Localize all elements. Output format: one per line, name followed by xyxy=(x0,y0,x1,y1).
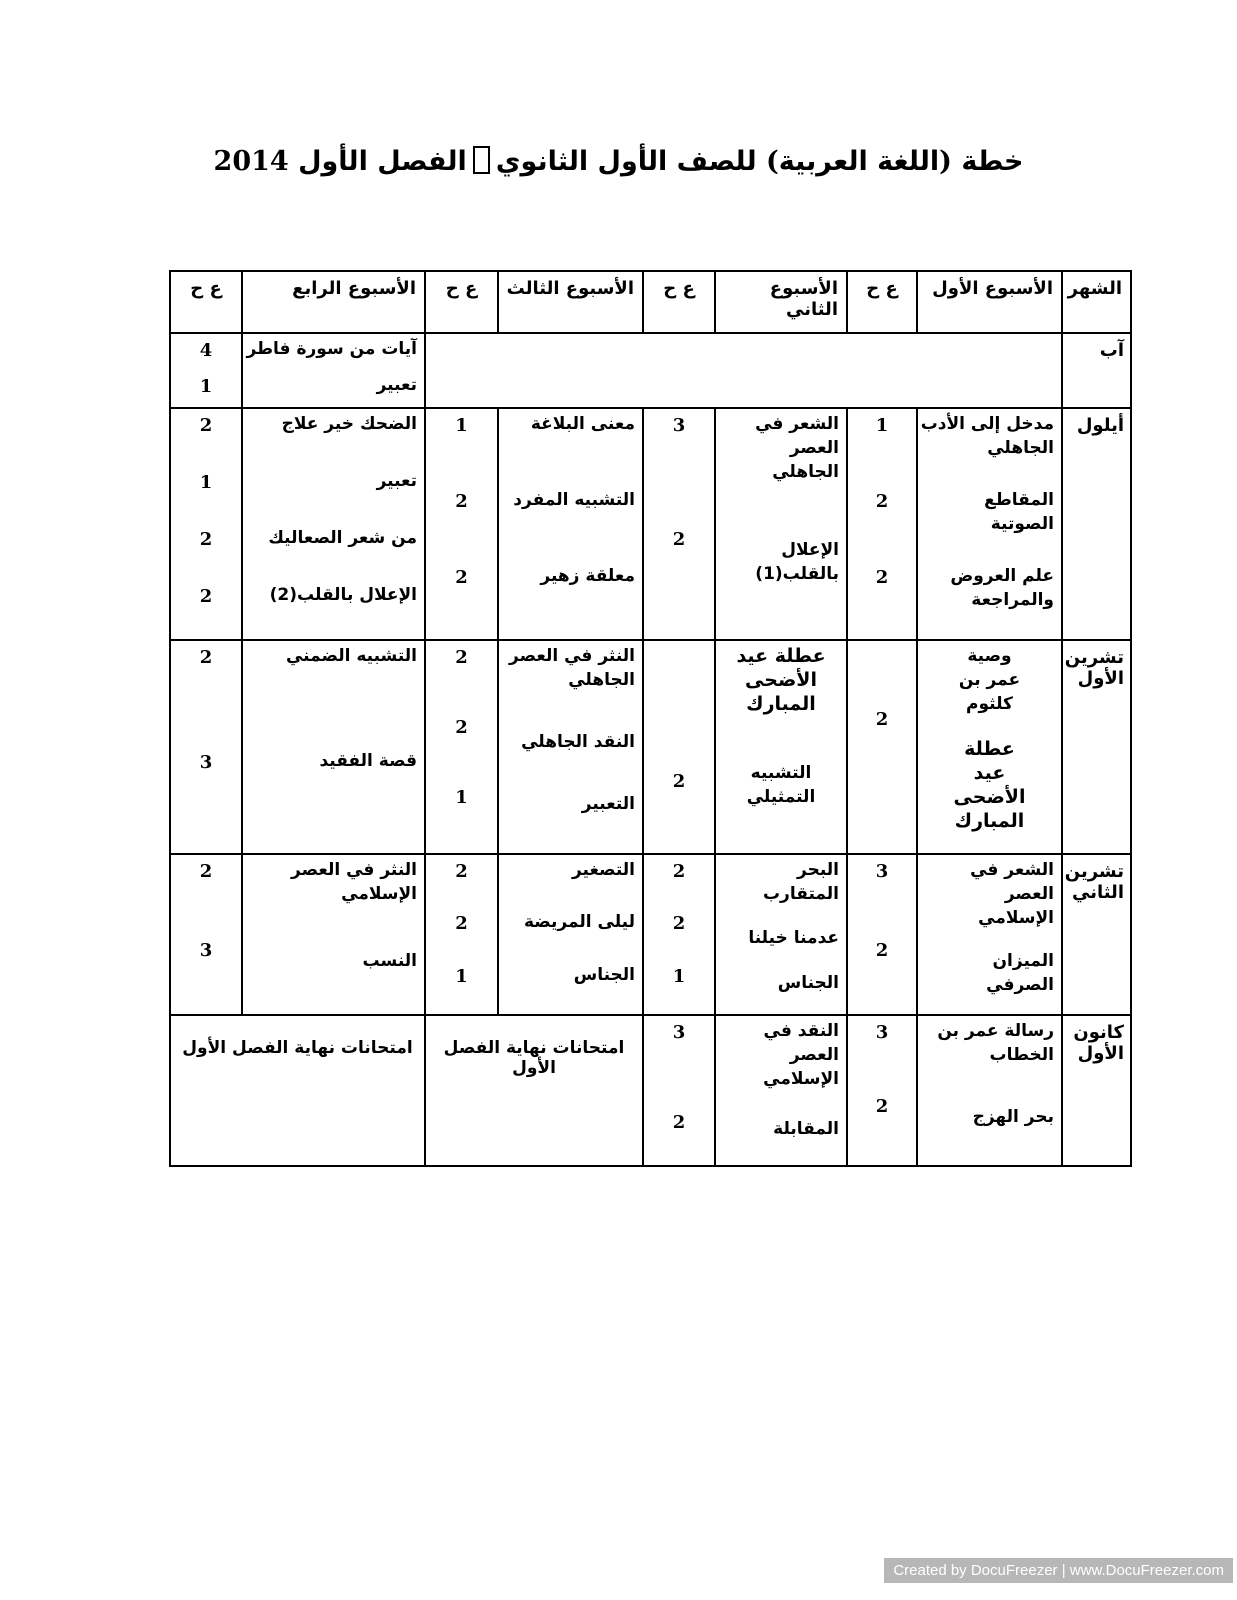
month-cell: أيلول xyxy=(1062,408,1131,640)
hours-value: 2 xyxy=(644,907,714,959)
month-cell: تشرين الثاني xyxy=(1062,854,1131,1015)
topic-text: المقاطع الصوتية xyxy=(918,485,1061,561)
lesson-plan-table-wrapper: الشهرالأسبوع الأولع حالأسبوع الثانيع حال… xyxy=(169,270,1132,1167)
hours-value: 1 xyxy=(848,409,916,485)
exam-cell: امتحانات نهاية الفصل الأول xyxy=(170,1015,425,1166)
table-row: تشرين الثانيالشعر في العصر الإسلاميالميز… xyxy=(170,854,1131,1015)
hours-spacer xyxy=(644,1073,714,1106)
week-topics-list: آيات من سورة فاطرتعبير xyxy=(243,334,424,405)
week-topics-cell: رسالة عمر بن الخطاببحر الهزج xyxy=(917,1015,1062,1166)
hours-value: 3 xyxy=(171,746,241,851)
topic-text: التعبير xyxy=(499,789,642,851)
hours-cell: 221 xyxy=(643,854,715,1015)
topic-text: النثر في العصر الإسلامي xyxy=(243,855,424,946)
hours-list: 221 xyxy=(644,855,714,1012)
hours-value: 2 xyxy=(426,711,497,781)
topic-text: معلقة زهير xyxy=(499,561,642,637)
week-topics-cell: الشعر في العصر الإسلاميالميزان الصرفي xyxy=(917,854,1062,1015)
topic-text: آيات من سورة فاطر xyxy=(243,334,424,370)
hours-value: 3 xyxy=(848,1016,916,1090)
title-right-part: خطة (اللغة العربية) للصف الأول الثانوي xyxy=(496,146,1024,177)
week-topics-list: مدخل إلى الأدب الجاهليالمقاطع الصوتيةعلم… xyxy=(918,409,1061,637)
exam-label: امتحانات نهاية الفصل الأول xyxy=(426,1016,642,1078)
topic-text: مدخل إلى الأدب الجاهلي xyxy=(918,409,1061,485)
hours-cell: 221 xyxy=(425,854,498,1015)
week-topics-list: رسالة عمر بن الخطاببحر الهزج xyxy=(918,1016,1061,1163)
hours-value: 2 xyxy=(171,523,241,580)
topic-text: تعبير xyxy=(243,466,424,523)
week-topics-list: الشعر في العصر الإسلاميالميزان الصرفي xyxy=(918,855,1061,1012)
hours-value: 1 xyxy=(171,466,241,523)
column-header-month: الشهر xyxy=(1062,271,1131,333)
hours-list: 32 xyxy=(848,855,916,1012)
hours-spacer xyxy=(848,641,916,703)
table-row: آبآيات من سورة فاطرتعبير41 xyxy=(170,333,1131,408)
hours-value: 2 xyxy=(848,934,916,1013)
week-topics-cell: النثر في العصر الجاهليالنقد الجاهليالتعب… xyxy=(498,640,643,854)
table-row: كانون الأولرسالة عمر بن الخطاببحر الهزج3… xyxy=(170,1015,1131,1166)
hours-list: 2122 xyxy=(171,409,241,637)
hours-cell: 2122 xyxy=(170,408,242,640)
hours-value: 2 xyxy=(848,703,916,789)
hours-list: 32 xyxy=(848,1016,916,1163)
hours-value: 3 xyxy=(171,934,241,1013)
hours-value: 2 xyxy=(644,1106,714,1163)
week-topics-cell: آيات من سورة فاطرتعبير xyxy=(242,333,425,408)
week-topics-cell: النقد في العصر الإسلاميالمقابلة xyxy=(715,1015,847,1166)
hours-value: 2 xyxy=(644,523,714,637)
column-header-hours: ع ح xyxy=(643,271,715,333)
hours-cell: 23 xyxy=(170,854,242,1015)
week-topics-list: النثر في العصر الجاهليالنقد الجاهليالتعب… xyxy=(499,641,642,851)
week-topics-list: التشبيه الضمنيقصة الفقيد xyxy=(243,641,424,851)
topic-text: الجناس xyxy=(499,960,642,1012)
hours-value: 2 xyxy=(171,855,241,934)
week-topics-cell: عطلة عيد الأضحى المباركالتشبيه التمثيلي xyxy=(715,640,847,854)
week-topics-cell: الشعر في العصر الجاهليالإعلال بالقلب(1) xyxy=(715,408,847,640)
topic-text: الإعلال بالقلب(2) xyxy=(243,580,424,637)
hours-value: 3 xyxy=(644,1016,714,1073)
header-row: الشهرالأسبوع الأولع حالأسبوع الثانيع حال… xyxy=(170,271,1131,333)
hours-list: 122 xyxy=(426,409,497,637)
column-header-week-3: الأسبوع الثالث xyxy=(498,271,643,333)
topic-text: الشعر في العصر الجاهلي xyxy=(716,409,846,535)
docufreezer-watermark: Created by DocuFreezer | www.DocuFreezer… xyxy=(884,1558,1233,1583)
title-left-part: الفصل الأول 2014 xyxy=(214,146,467,177)
hours-value: 1 xyxy=(171,370,241,406)
empty-merged-cell xyxy=(425,333,1062,408)
topic-text: الشعر في العصر الإسلامي xyxy=(918,855,1061,946)
week-topics-list: الشعر في العصر الجاهليالإعلال بالقلب(1) xyxy=(716,409,846,637)
hours-value: 2 xyxy=(848,485,916,561)
hours-list: 2 xyxy=(848,641,916,851)
hours-list: 23 xyxy=(171,855,241,1012)
hours-value: 2 xyxy=(644,855,714,907)
week-topics-cell: البحر المتقاربعدمنا خيلناالجناس xyxy=(715,854,847,1015)
hours-list: 221 xyxy=(426,855,497,1012)
hours-cell: 32 xyxy=(643,1015,715,1166)
hours-value: 2 xyxy=(644,765,714,851)
week-topics-cell: مدخل إلى الأدب الجاهليالمقاطع الصوتيةعلم… xyxy=(917,408,1062,640)
hours-value: 1 xyxy=(426,409,497,485)
week-topics-cell: التصغيرليلى المريضةالجناس xyxy=(498,854,643,1015)
hours-value: 2 xyxy=(848,1090,916,1164)
week-topics-list: عطلة عيد الأضحى المباركالتشبيه التمثيلي xyxy=(716,641,846,851)
topic-text: التشبيه الضمني xyxy=(243,641,424,746)
topic-text: التصغير xyxy=(499,855,642,907)
topic-text: البحر المتقارب xyxy=(716,855,846,923)
hours-cell: 32 xyxy=(847,1015,917,1166)
hours-value: 2 xyxy=(171,580,241,637)
hours-value: 2 xyxy=(426,561,497,637)
hours-list: 122 xyxy=(848,409,916,637)
hours-value: 2 xyxy=(426,907,497,959)
hours-value: 1 xyxy=(426,960,497,1012)
hours-cell: 122 xyxy=(847,408,917,640)
hours-value: 3 xyxy=(644,409,714,523)
topic-text: النسب xyxy=(243,946,424,1013)
hours-cell: 2 xyxy=(847,640,917,854)
topic-text: قصة الفقيد xyxy=(243,746,424,851)
column-header-hours: ع ح xyxy=(847,271,917,333)
topic-text: الميزان الصرفي xyxy=(918,946,1061,1013)
topic-text: المقابلة xyxy=(716,1114,846,1164)
hours-spacer xyxy=(848,789,916,851)
topic-text: ليلى المريضة xyxy=(499,907,642,959)
table-row: أيلولمدخل إلى الأدب الجاهليالمقاطع الصوت… xyxy=(170,408,1131,640)
topic-text: علم العروض والمراجعة xyxy=(918,561,1061,637)
week-topics-cell: وصية عمر بن كلثومعطلة عيد الأضحى المبارك xyxy=(917,640,1062,854)
table-header: الشهرالأسبوع الأولع حالأسبوع الثانيع حال… xyxy=(170,271,1131,333)
table-row: تشرين الأولوصية عمر بن كلثومعطلة عيد الأ… xyxy=(170,640,1131,854)
topic-text: من شعر الصعاليك xyxy=(243,523,424,580)
hours-value: 3 xyxy=(848,855,916,934)
topic-text: تعبير xyxy=(243,370,424,406)
topic-text: التشبيه المفرد xyxy=(499,485,642,561)
column-header-week-1: الأسبوع الأول xyxy=(917,271,1062,333)
missing-glyph-box xyxy=(473,146,490,174)
topic-text: التشبيه التمثيلي xyxy=(716,758,846,851)
exam-cell: امتحانات نهاية الفصل الأول xyxy=(425,1015,643,1166)
exam-label: امتحانات نهاية الفصل الأول xyxy=(171,1016,424,1058)
hours-value: 2 xyxy=(426,855,497,907)
lesson-plan-table: الشهرالأسبوع الأولع حالأسبوع الثانيع حال… xyxy=(169,270,1132,1167)
topic-text: معنى البلاغة xyxy=(499,409,642,485)
month-cell: كانون الأول xyxy=(1062,1015,1131,1166)
hours-value: 2 xyxy=(426,485,497,561)
hours-spacer xyxy=(644,641,714,703)
column-header-week-2: الأسبوع الثاني xyxy=(715,271,847,333)
topic-text: الإعلال بالقلب(1) xyxy=(716,535,846,637)
topic-text: عطلة عيد الأضحى المبارك xyxy=(918,734,1061,851)
topic-text: الجناس xyxy=(716,968,846,1012)
topic-text: عطلة عيد الأضحى المبارك xyxy=(716,641,846,758)
hours-cell: 41 xyxy=(170,333,242,408)
hours-value: 2 xyxy=(426,641,497,711)
hours-list: 221 xyxy=(426,641,497,851)
hours-value: 2 xyxy=(848,561,916,637)
hours-list: 2 xyxy=(644,641,714,851)
hours-cell: 23 xyxy=(170,640,242,854)
topic-text: الضحك خير علاج xyxy=(243,409,424,466)
hours-cell: 221 xyxy=(425,640,498,854)
week-topics-list: النثر في العصر الإسلاميالنسب xyxy=(243,855,424,1012)
hours-list: 32 xyxy=(644,1016,714,1163)
hours-value: 2 xyxy=(171,641,241,746)
month-cell: تشرين الأول xyxy=(1062,640,1131,854)
table-body: آبآيات من سورة فاطرتعبير41أيلولمدخل إلى … xyxy=(170,333,1131,1166)
column-header-week-4: الأسبوع الرابع xyxy=(242,271,425,333)
column-header-hours: ع ح xyxy=(170,271,242,333)
week-topics-list: الضحك خير علاجتعبيرمن شعر الصعاليكالإعلا… xyxy=(243,409,424,637)
topic-text: النقد في العصر الإسلامي xyxy=(716,1016,846,1114)
week-topics-list: وصية عمر بن كلثومعطلة عيد الأضحى المبارك xyxy=(918,641,1061,851)
week-topics-cell: التشبيه الضمنيقصة الفقيد xyxy=(242,640,425,854)
week-topics-list: البحر المتقاربعدمنا خيلناالجناس xyxy=(716,855,846,1012)
hours-spacer xyxy=(644,703,714,765)
week-topics-cell: الضحك خير علاجتعبيرمن شعر الصعاليكالإعلا… xyxy=(242,408,425,640)
topic-text: النثر في العصر الجاهلي xyxy=(499,641,642,727)
hours-list: 23 xyxy=(171,641,241,851)
week-topics-list: النقد في العصر الإسلاميالمقابلة xyxy=(716,1016,846,1163)
document-title: خطة (اللغة العربية) للصف الأول الثانويال… xyxy=(0,146,1237,177)
hours-value: 4 xyxy=(171,334,241,370)
hours-value: 1 xyxy=(644,960,714,1012)
hours-list: 32 xyxy=(644,409,714,637)
month-cell: آب xyxy=(1062,333,1131,408)
hours-list: 41 xyxy=(171,334,241,405)
topic-text: رسالة عمر بن الخطاب xyxy=(918,1016,1061,1102)
hours-cell: 2 xyxy=(643,640,715,854)
topic-text: بحر الهزج xyxy=(918,1102,1061,1164)
hours-value: 2 xyxy=(171,409,241,466)
hours-cell: 32 xyxy=(847,854,917,1015)
week-topics-list: معنى البلاغةالتشبيه المفردمعلقة زهير xyxy=(499,409,642,637)
hours-cell: 32 xyxy=(643,408,715,640)
hours-cell: 122 xyxy=(425,408,498,640)
topic-text: وصية عمر بن كلثوم xyxy=(918,641,1061,734)
topic-text: عدمنا خيلنا xyxy=(716,923,846,967)
week-topics-cell: معنى البلاغةالتشبيه المفردمعلقة زهير xyxy=(498,408,643,640)
column-header-hours: ع ح xyxy=(425,271,498,333)
week-topics-cell: النثر في العصر الإسلاميالنسب xyxy=(242,854,425,1015)
document-page: خطة (اللغة العربية) للصف الأول الثانويال… xyxy=(0,0,1237,1600)
hours-value: 1 xyxy=(426,781,497,851)
topic-text: النقد الجاهلي xyxy=(499,727,642,789)
week-topics-list: التصغيرليلى المريضةالجناس xyxy=(499,855,642,1012)
